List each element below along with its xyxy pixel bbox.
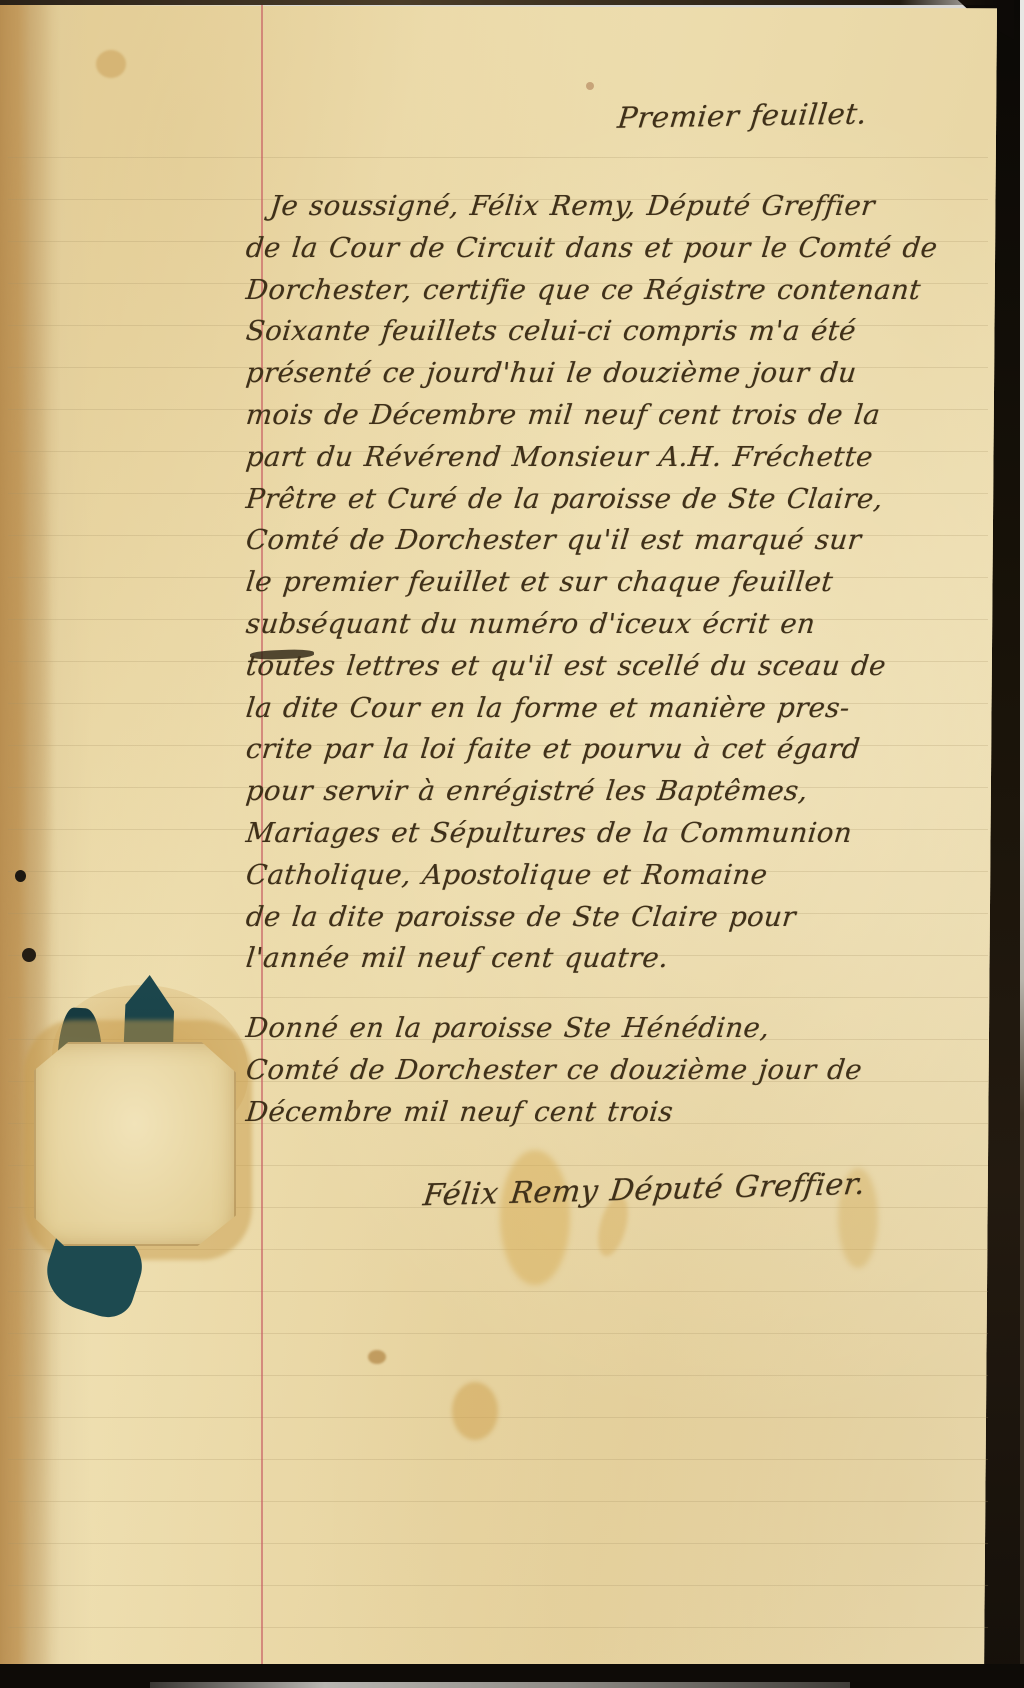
- scanner-background-bottom: [150, 1682, 850, 1688]
- manuscript-line: la dite Cour en la forme et manière pres…: [244, 688, 948, 730]
- binding-hole: [22, 948, 36, 962]
- paper-stain: [368, 1350, 386, 1364]
- manuscript-line: toutes lettres et qu'il est scellé du sc…: [244, 646, 948, 688]
- manuscript-line: de la dite paroisse de Ste Claire pour: [244, 897, 948, 939]
- manuscript-line: Comté de Dorchester qu'il est marqué sur: [244, 520, 948, 562]
- manuscript-line: pour servir à enrégistré les Baptêmes,: [244, 771, 948, 813]
- paper-speck: [586, 82, 594, 90]
- paper-seal-wafer: [34, 1042, 236, 1246]
- certification-paragraph: Je soussigné, Félix Remy, Député Greffie…: [246, 186, 946, 980]
- manuscript-line: Dorchester, certifie que ce Régistre con…: [244, 270, 948, 312]
- paper-stain: [96, 50, 126, 78]
- manuscript-line: de la Cour de Circuit dans et pour le Co…: [244, 228, 948, 270]
- closing-paragraph: Donné en la paroisse Ste Hénédine, Comté…: [246, 1008, 946, 1133]
- binding-hole: [15, 870, 26, 882]
- manuscript-line: crite par la loi faite et pourvu à cet é…: [244, 729, 948, 771]
- manuscript-line: Je soussigné, Félix Remy, Député Greffie…: [244, 186, 948, 228]
- page-heading: Premier feuillet.: [616, 95, 940, 135]
- manuscript-line: part du Révérend Monsieur A.H. Fréchette: [244, 437, 948, 479]
- manuscript-line: Mariages et Sépultures de la Communion: [244, 813, 948, 855]
- manuscript-line: subséquant du numéro d'iceux écrit en: [244, 604, 948, 646]
- manuscript-line: présenté ce jourd'hui le douzième jour d…: [244, 353, 948, 395]
- paper-stain: [452, 1382, 498, 1440]
- manuscript-line: Donné en la paroisse Ste Hénédine,: [244, 1008, 948, 1050]
- register-page-scan: Premier feuillet. Je soussigné, Félix Re…: [0, 0, 1024, 1688]
- manuscript-line: Soixante feuillets celui-ci compris m'a …: [244, 311, 948, 353]
- page-top-edge: [0, 0, 1000, 5]
- manuscript-line: le premier feuillet et sur chaque feuill…: [244, 562, 948, 604]
- manuscript-line: Catholique, Apostolique et Romaine: [244, 855, 948, 897]
- manuscript-line: Prêtre et Curé de la paroisse de Ste Cla…: [244, 479, 948, 521]
- manuscript-line: Comté de Dorchester ce douzième jour de: [244, 1050, 948, 1092]
- manuscript-line: l'année mil neuf cent quatre.: [244, 938, 948, 980]
- manuscript-line: mois de Décembre mil neuf cent trois de …: [244, 395, 948, 437]
- paper-stain: [500, 1150, 570, 1285]
- manuscript-line: Décembre mil neuf cent trois: [244, 1092, 948, 1134]
